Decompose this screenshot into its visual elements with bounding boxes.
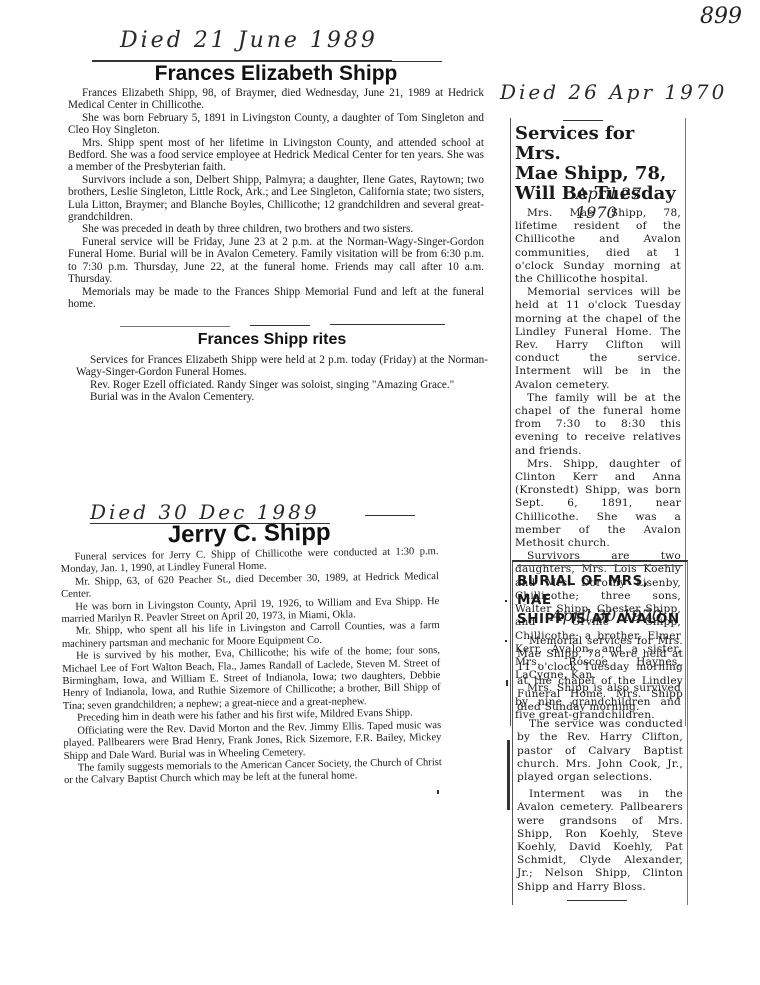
divider — [330, 324, 445, 325]
paragraph: The family suggests memorials to the Ame… — [64, 757, 442, 788]
headline: Jerry C. Shipp — [60, 517, 438, 550]
headline-line: Mae Shipp, 78, — [515, 164, 681, 184]
paragraph: She was born February 5, 1891 in Livings… — [68, 112, 484, 137]
handwritten-annotation: April 30 1970 — [551, 606, 662, 625]
obituary-jerry-c-shipp: Jerry C. Shipp Funeral services for Jerr… — [60, 517, 442, 788]
paragraph: Memorial services will be held at 11 o'c… — [515, 286, 681, 392]
paragraph: Mrs. Shipp spent most of her lifetime in… — [68, 137, 484, 174]
paragraph: The service was conducted by the Rev. Ha… — [517, 718, 683, 784]
scan-speck — [505, 600, 507, 602]
divider — [517, 565, 683, 566]
paragraph: Interment was in the Avalon cemetery. Pa… — [517, 788, 683, 894]
headline: Frances Elizabeth Shipp — [68, 62, 484, 86]
obituary-frances-elizabeth-shipp: Frances Elizabeth Shipp Frances Elizabet… — [68, 62, 484, 310]
paragraph: Rev. Roger Ezell officiated. Randy Singe… — [76, 379, 488, 391]
divider — [365, 515, 415, 516]
scan-speck — [505, 640, 507, 642]
scan-speck — [507, 740, 510, 810]
divider — [567, 900, 627, 901]
handwritten-date-1: Died 21 June 1989 — [120, 28, 378, 53]
headline-line: Services for Mrs. — [515, 124, 681, 164]
headline-line: BURIAL OF MRS, MAE — [517, 572, 683, 610]
notice-frances-shipp-rites: Frances Shipp rites Services for Frances… — [76, 330, 488, 404]
paragraph: The family will be at the chapel of the … — [515, 392, 681, 458]
notice-burial-mae-shipp: BURIAL OF MRS, MAE SHIPP IS AT AVALON Ap… — [512, 560, 688, 905]
divider — [120, 326, 230, 327]
paragraph: Mrs. Shipp, daughter of Clinton Kerr and… — [515, 458, 681, 550]
handwritten-annotation: April 27 1970 — [576, 184, 685, 222]
paragraph: Services for Frances Elizabeth Shipp wer… — [76, 354, 488, 379]
divider — [250, 325, 310, 326]
scan-speck — [506, 680, 508, 686]
headline: Frances Shipp rites — [76, 330, 488, 350]
paragraph: Memorials may be made to the Frances Shi… — [68, 286, 484, 311]
paragraph: She was preceded in death by three child… — [68, 223, 484, 235]
paragraph: Survivors include a son, Delbert Shipp, … — [68, 174, 484, 224]
paragraph: Frances Elizabeth Shipp, 98, of Braymer,… — [68, 87, 484, 112]
paragraph: Memorial services for Mrs. Mae Shipp, 78… — [517, 635, 683, 714]
divider — [563, 120, 603, 121]
page-number-annotation: 899 — [700, 4, 742, 29]
handwritten-date-3: Died 26 Apr 1970 — [500, 80, 727, 104]
paragraph: He is survived by his mother, Eva, Chill… — [62, 645, 441, 713]
scan-speck — [437, 790, 439, 794]
paragraph: Officiating were the Rev. David Morton a… — [63, 720, 442, 763]
paragraph: Burial was in the Avalon Cementery. — [76, 391, 488, 403]
paragraph: Funeral service will be Friday, June 23 … — [68, 236, 484, 286]
